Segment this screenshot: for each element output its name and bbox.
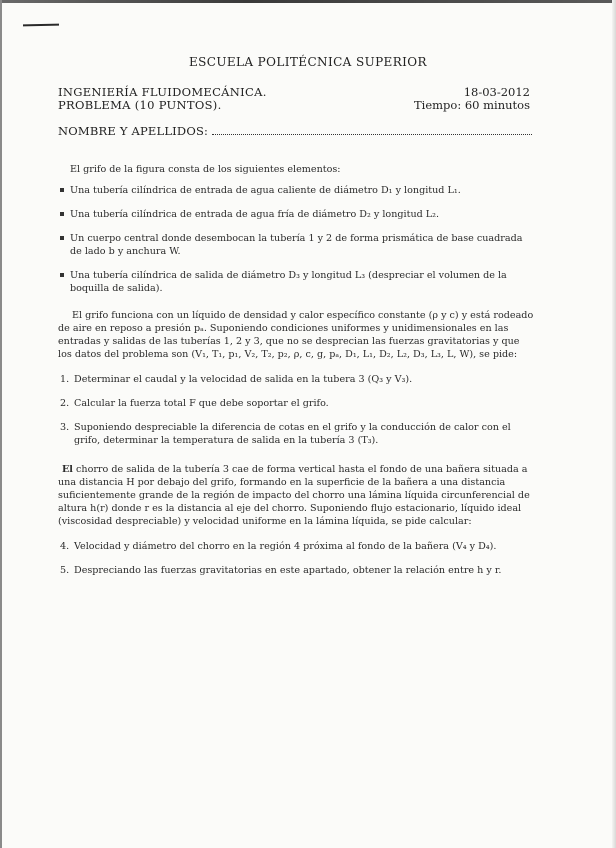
questions-part-2: 4. Velocidad y diámetro del chorro en la…: [58, 540, 534, 577]
question-number: 3.: [60, 421, 69, 434]
question-item: 4. Velocidad y diámetro del chorro en la…: [58, 540, 534, 553]
name-dotted-line: [212, 125, 532, 135]
list-item: Una tubería cilíndrica de entrada de agu…: [58, 184, 534, 197]
bullet-icon: [60, 273, 64, 277]
question-item: 2. Calcular la fuerza total F que debe s…: [58, 397, 534, 410]
questions-part-1: 1. Determinar el caudal y la velocidad d…: [58, 373, 534, 447]
question-item: 5. Despreciando las fuerzas gravitatoria…: [58, 564, 534, 577]
elements-list: Una tubería cilíndrica de entrada de agu…: [58, 184, 534, 295]
jet-paragraph: El chorro de salida de la tubería 3 cae …: [58, 463, 534, 528]
name-label: NOMBRE Y APELLIDOS:: [58, 124, 208, 138]
scan-right-edge: [612, 0, 616, 848]
question-text: Velocidad y diámetro del chorro en la re…: [74, 541, 496, 552]
problem-statement: El grifo de la figura consta de los sigu…: [58, 163, 534, 588]
question-number: 2.: [60, 397, 69, 410]
scanned-page: ESCUELA POLITÉCNICA SUPERIOR INGENIERÍA …: [0, 0, 616, 848]
bullet-icon: [60, 236, 64, 240]
list-item-text: Una tubería cilíndrica de salida de diám…: [70, 270, 507, 294]
list-item: Una tubería cilíndrica de entrada de agu…: [58, 208, 534, 221]
question-item: 3. Suponiendo despreciable la diferencia…: [58, 421, 534, 447]
question-text: Calcular la fuerza total F que debe sopo…: [74, 398, 329, 409]
name-field: NOMBRE Y APELLIDOS:: [58, 124, 532, 138]
scan-left-edge: [0, 0, 2, 848]
list-item-text: Una tubería cilíndrica de entrada de agu…: [70, 209, 439, 220]
bullet-icon: [60, 188, 64, 192]
bullet-icon: [60, 212, 64, 216]
question-number: 1.: [60, 373, 69, 386]
question-text: Suponiendo despreciable la diferencia de…: [74, 422, 511, 446]
conditions-paragraph: El grifo funciona con un líquido de dens…: [58, 309, 534, 361]
list-item: Una tubería cilíndrica de salida de diám…: [58, 269, 534, 295]
problem-points: PROBLEMA (10 PUNTOS).: [58, 99, 267, 112]
list-item: Un cuerpo central donde desembocan la tu…: [58, 232, 534, 258]
list-item-text: Una tubería cilíndrica de entrada de agu…: [70, 185, 461, 196]
question-text: Determinar el caudal y la velocidad de s…: [74, 374, 412, 385]
question-text: Despreciando las fuerzas gravitatorias e…: [74, 565, 501, 576]
paragraph-body: chorro de salida de la tubería 3 cae de …: [58, 464, 530, 527]
question-item: 1. Determinar el caudal y la velocidad d…: [58, 373, 534, 386]
pen-mark: [23, 24, 59, 27]
question-number: 5.: [60, 564, 69, 577]
time-limit: Tiempo: 60 minutos: [414, 99, 530, 112]
intro-text: El grifo de la figura consta de los sigu…: [58, 163, 534, 176]
exam-meta: 18-03-2012 Tiempo: 60 minutos: [414, 86, 530, 112]
list-item-text: Un cuerpo central donde desembocan la tu…: [70, 233, 522, 257]
scan-top-edge: [0, 0, 616, 3]
question-number: 4.: [60, 540, 69, 553]
paragraph-lead: El: [62, 464, 73, 475]
course-block: INGENIERÍA FLUIDOMECÁNICA. PROBLEMA (10 …: [58, 86, 267, 112]
institution-title: ESCUELA POLITÉCNICA SUPERIOR: [0, 55, 616, 69]
